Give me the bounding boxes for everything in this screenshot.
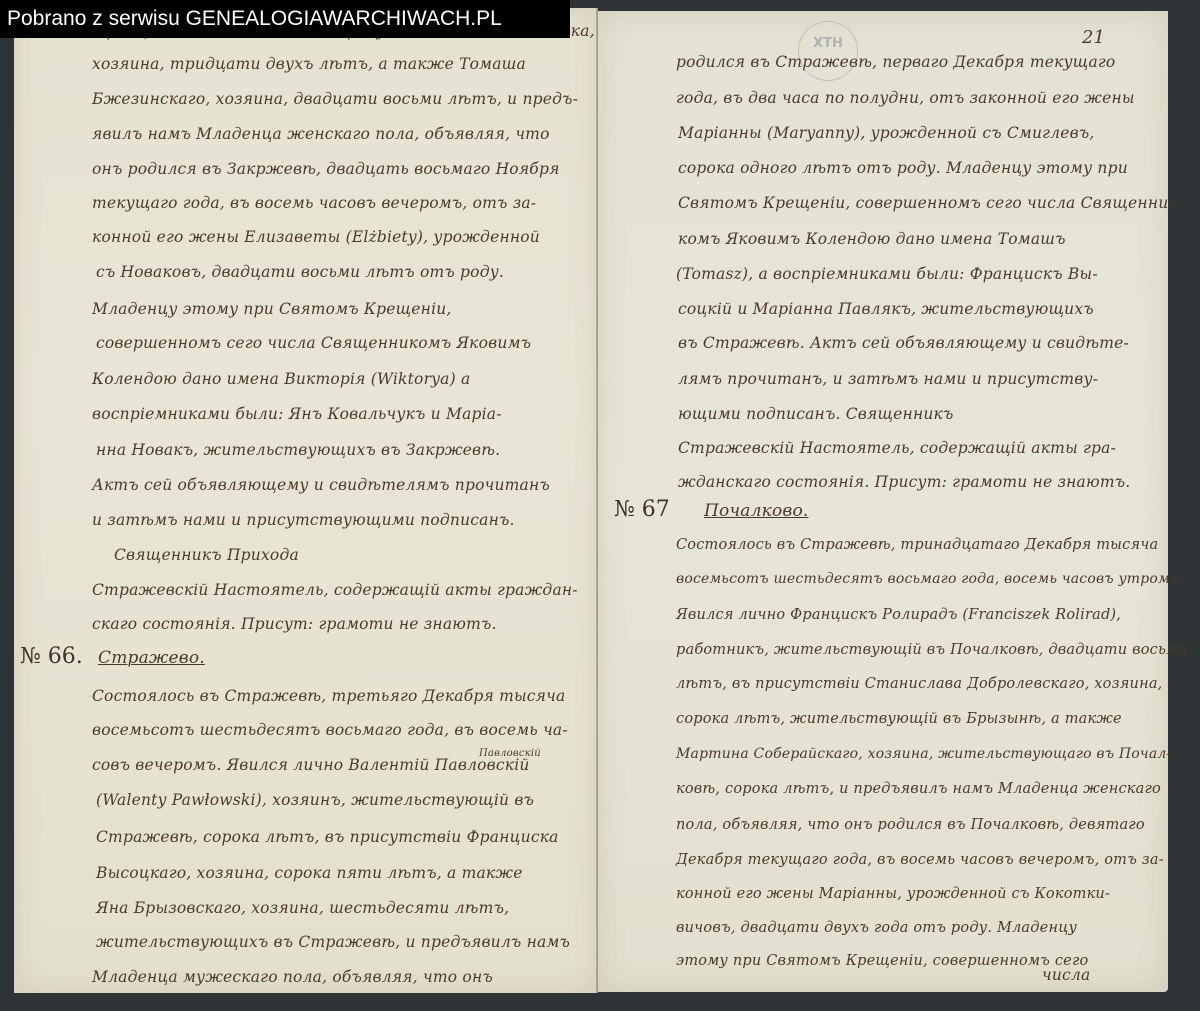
record-number-67: № 67	[614, 497, 670, 522]
signature-line: Священникъ Прихода	[114, 546, 299, 564]
document-scan: Pobrano z serwisu GENEALOGIAWARCHIWACH.P…	[0, 0, 1200, 1011]
record-number-66: № 66.	[20, 644, 83, 669]
catchword: числа	[1042, 966, 1090, 984]
text-line: съ Новаковъ, двадцати восьми лѣтъ отъ ро…	[96, 263, 504, 281]
archive-stamp: ХТН	[798, 21, 858, 81]
text-line: года, въ два часа по полудни, отъ законн…	[676, 89, 1135, 107]
text-line: конной его жены Елизаветы (Elżbiety), ур…	[92, 228, 540, 246]
text-line: вичовъ, двадцати двухъ года отъ роду. Мл…	[676, 920, 1077, 936]
text-line: Декабря текущаго года, въ восемь часовъ …	[676, 852, 1164, 868]
text-line: Явился лично Францискъ Ролирадъ (Francis…	[676, 607, 1121, 623]
text-line: (Tomasz), а воспріемниками были: Францис…	[676, 265, 1098, 283]
text-line: воспріемниками были: Янъ Ковальчукъ и Ма…	[92, 405, 502, 423]
text-line: Колендою дано имена Викторія (Wiktorya) …	[92, 370, 470, 388]
text-line: Младенцу этому при Святомъ Крещеніи,	[92, 300, 452, 318]
text-line: сорока лѣтъ, жительствующій въ Брызынѣ, …	[676, 711, 1122, 727]
text-line: ковѣ, сорока лѣтъ, и предъявилъ намъ Мла…	[676, 781, 1161, 797]
text-line: родился въ Стражевѣ, перваго Декабря тек…	[676, 53, 1115, 71]
text-line: Яна Брызовскаго, хозяина, шестьдесяти лѣ…	[96, 899, 509, 917]
text-line: комъ Яковимъ Колендою дано имена Томашъ	[678, 230, 1066, 248]
text-line: сорока одного лѣтъ отъ роду. Младенцу эт…	[678, 159, 1128, 177]
text-line: и затѣмъ нами и присутствующими подписан…	[92, 511, 515, 529]
left-page: тридцати восьми лѣтъ, въ присутствіи Яна…	[14, 8, 598, 993]
page-number: 21	[1082, 27, 1105, 48]
text-line: соцкій и Маріанна Павлякъ, жительствующи…	[678, 300, 1094, 318]
text-line: этому при Святомъ Крещеніи, совершенномъ…	[676, 953, 1088, 969]
record-place-66: Стражево.	[98, 648, 205, 668]
text-line: Актъ сей объявляющему и свидѣтелямъ проч…	[92, 476, 550, 494]
text-line: восемьсотъ шестьдесятъ восьмаго года, во…	[676, 571, 1184, 587]
record-place-67: Почалково.	[704, 501, 809, 521]
right-page: ХТН 21 родился въ Стражевѣ, перваго Дека…	[598, 11, 1168, 992]
text-line: жительствующихъ въ Стражевѣ, и предъявил…	[96, 933, 570, 951]
text-line: жданскаго состоянія. Присут: грамоти не …	[678, 473, 1130, 491]
text-line: Стражевскій Настоятель, содержащій акты …	[678, 439, 1116, 457]
text-line: работникъ, жительствующій въ Почалковѣ, …	[676, 642, 1188, 658]
text-line: совершенномъ сего числа Священникомъ Яко…	[96, 334, 531, 352]
text-line: хозяина, тридцати двухъ лѣтъ, а также То…	[92, 55, 526, 73]
text-line: Бжезинскаго, хозяина, двадцати восьми лѣ…	[92, 90, 578, 108]
text-line: ющими подписанъ. Священникъ	[678, 405, 954, 423]
text-line: восемьсотъ шестьдесятъ восьмаго года, въ…	[92, 721, 568, 739]
text-line: текущаго года, въ восемь часовъ вечеромъ…	[92, 194, 536, 212]
text-line: явилъ намъ Младенца женскаго пола, объяв…	[92, 125, 550, 143]
text-line: лямъ прочитанъ, и затѣмъ нами и присутст…	[678, 370, 1098, 388]
text-line: Состоялось въ Стражевѣ, третьяго Декабря…	[92, 687, 565, 705]
text-line: лѣтъ, въ присутствіи Станислава Добролев…	[676, 676, 1162, 692]
text-line: конной его жены Маріанны, урожденной съ …	[676, 886, 1110, 902]
text-line: Состоялось въ Стражевѣ, тринадцатаго Дек…	[676, 537, 1158, 553]
text-line: совъ вечеромъ. Явился лично Валентій Пав…	[92, 756, 530, 774]
text-line: Младенца мужескаго пола, объявляя, что о…	[92, 968, 493, 986]
text-line: онъ родился въ Закржевѣ, двадцать восьма…	[92, 160, 560, 178]
text-line: Высоцкаго, хозяина, сорока пяти лѣтъ, а …	[96, 864, 523, 882]
text-line: пола, объявляя, что онъ родился въ Почал…	[676, 817, 1145, 833]
text-line: Святомъ Крещеніи, совершенномъ сего числ…	[678, 194, 1174, 212]
text-line: Стражевѣ, сорока лѣтъ, въ присутствіи Фр…	[96, 828, 559, 846]
source-watermark: Pobrano z serwisu GENEALOGIAWARCHIWACH.P…	[0, 0, 570, 38]
text-line: (Walenty Pawłowski), хозяинъ, жительству…	[96, 791, 534, 809]
signature-line: Стражевскій Настоятель, содержащій акты …	[92, 581, 578, 599]
text-line: Маріанны (Maryanny), урожденной съ Смигл…	[678, 124, 1095, 142]
text-line: Мартина Соберайскаго, хозяина, жительств…	[676, 746, 1171, 762]
text-line: въ Стражевѣ. Актъ сей объявляющему и сви…	[678, 334, 1129, 352]
signature-line: скаго состоянія. Присут: грамоти не знаю…	[92, 615, 497, 633]
text-line: нна Новакъ, жительствующихъ въ Закржевѣ.	[96, 441, 500, 459]
